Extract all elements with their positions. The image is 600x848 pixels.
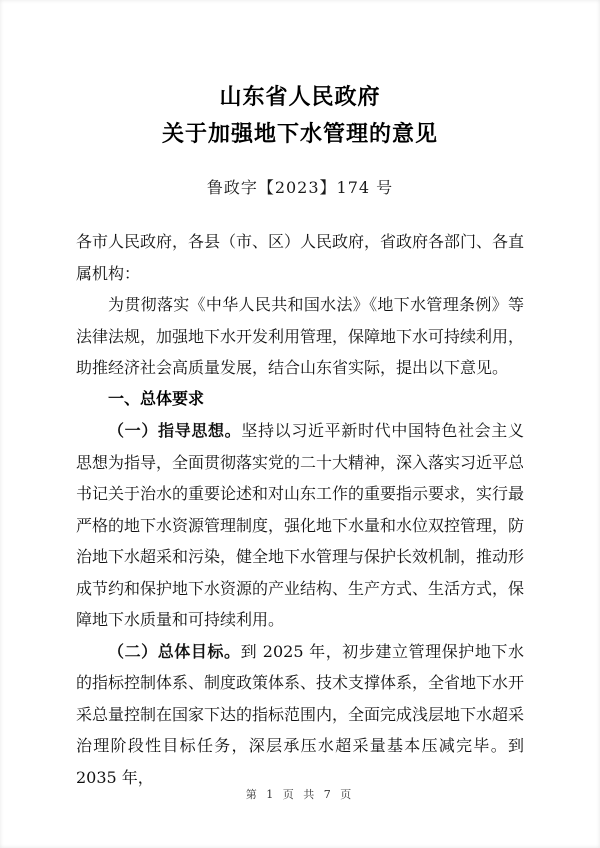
guiding-ideology-text: 坚持以习近平新时代中国特色社会主义思想为指导，全面贯彻落实党的二十大精神，深入落… [76, 421, 524, 629]
guiding-ideology-lead: （一）指导思想。 [108, 421, 241, 440]
overall-goal-text: 到 2025 年，初步建立管理保护地下水的指标控制体系、制度政策体系、技术支撑体… [76, 642, 524, 787]
title-line-2: 关于加强地下水管理的意见 [0, 115, 600, 152]
document-title: 山东省人民政府 关于加强地下水管理的意见 [0, 78, 600, 152]
intro-paragraph: 为贯彻落实《中华人民共和国水法》《地下水管理条例》等法律法规，加强地下水开发利用… [76, 289, 524, 384]
title-line-1: 山东省人民政府 [0, 78, 600, 115]
section-heading-1: 一、总体要求 [76, 384, 524, 416]
salutation-paragraph: 各市人民政府，各县（市、区）人民政府，省政府各部门、各直属机构： [76, 226, 524, 289]
document-body: 各市人民政府，各县（市、区）人民政府，省政府各部门、各直属机构： 为贯彻落实《中… [76, 226, 524, 793]
document-page: 山东省人民政府 关于加强地下水管理的意见 鲁政字【2023】174 号 各市人民… [0, 0, 600, 848]
page-footer: 第 1 页 共 7 页 [0, 786, 600, 802]
guiding-ideology-paragraph: （一）指导思想。坚持以习近平新时代中国特色社会主义思想为指导，全面贯彻落实党的二… [76, 415, 524, 636]
overall-goal-lead: （二）总体目标。 [108, 642, 241, 661]
document-header: 山东省人民政府 关于加强地下水管理的意见 鲁政字【2023】174 号 [0, 78, 600, 198]
document-number: 鲁政字【2023】174 号 [0, 175, 600, 198]
overall-goal-paragraph: （二）总体目标。到 2025 年，初步建立管理保护地下水的指标控制体系、制度政策… [76, 636, 524, 794]
page-number-indicator: 第 1 页 共 7 页 [246, 788, 354, 801]
